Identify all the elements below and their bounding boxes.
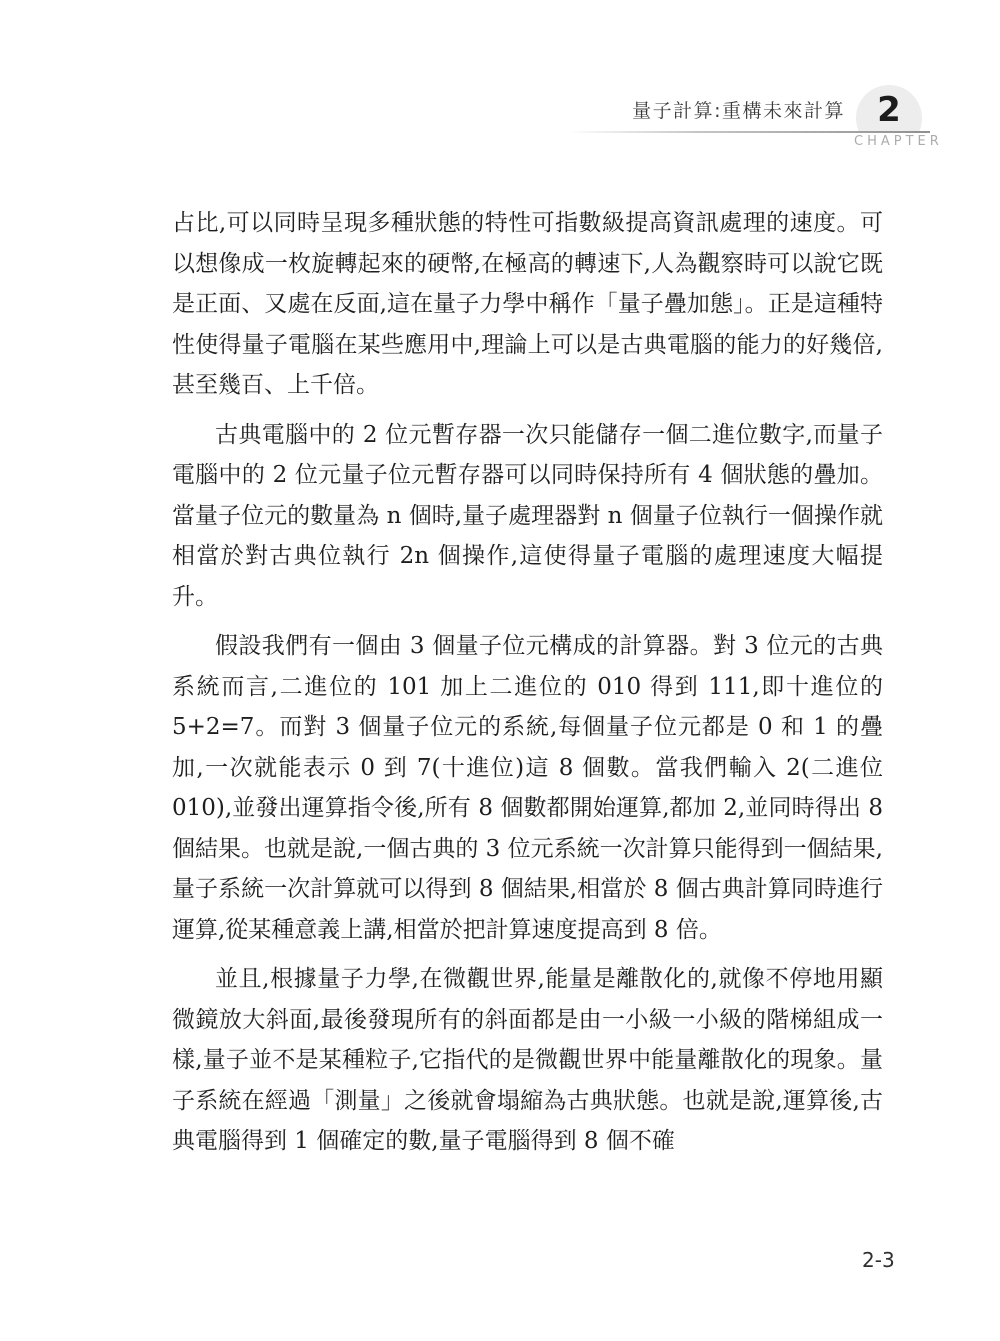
header-rule	[572, 131, 930, 133]
page-body: 占比,可以同時呈現多種狀態的特性可指數級提高資訊處理的速度。可以想像成一枚旋轉起…	[172, 203, 883, 1162]
paragraph: 假設我們有一個由 3 個量子位元構成的計算器。對 3 位元的古典系統而言,二進位…	[172, 626, 883, 950]
page-number: 2-3	[862, 1248, 895, 1272]
book-page: 量子計算:重構未來計算 2 CHAPTER 占比,可以同時呈現多種狀態的特性可指…	[0, 0, 1000, 1341]
chapter-number: 2	[877, 93, 901, 127]
chapter-number-dome: 2	[856, 85, 922, 132]
paragraph: 並且,根據量子力學,在微觀世界,能量是離散化的,就像不停地用顯微鏡放大斜面,最後…	[172, 959, 883, 1162]
chapter-title: 量子計算:重構未來計算	[445, 96, 845, 123]
paragraph: 占比,可以同時呈現多種狀態的特性可指數級提高資訊處理的速度。可以想像成一枚旋轉起…	[172, 203, 883, 406]
chapter-number-badge: 2	[856, 85, 922, 132]
paragraph: 古典電腦中的 2 位元暫存器一次只能儲存一個二進位數字,而量子電腦中的 2 位元…	[172, 415, 883, 618]
chapter-label: CHAPTER	[854, 134, 943, 149]
